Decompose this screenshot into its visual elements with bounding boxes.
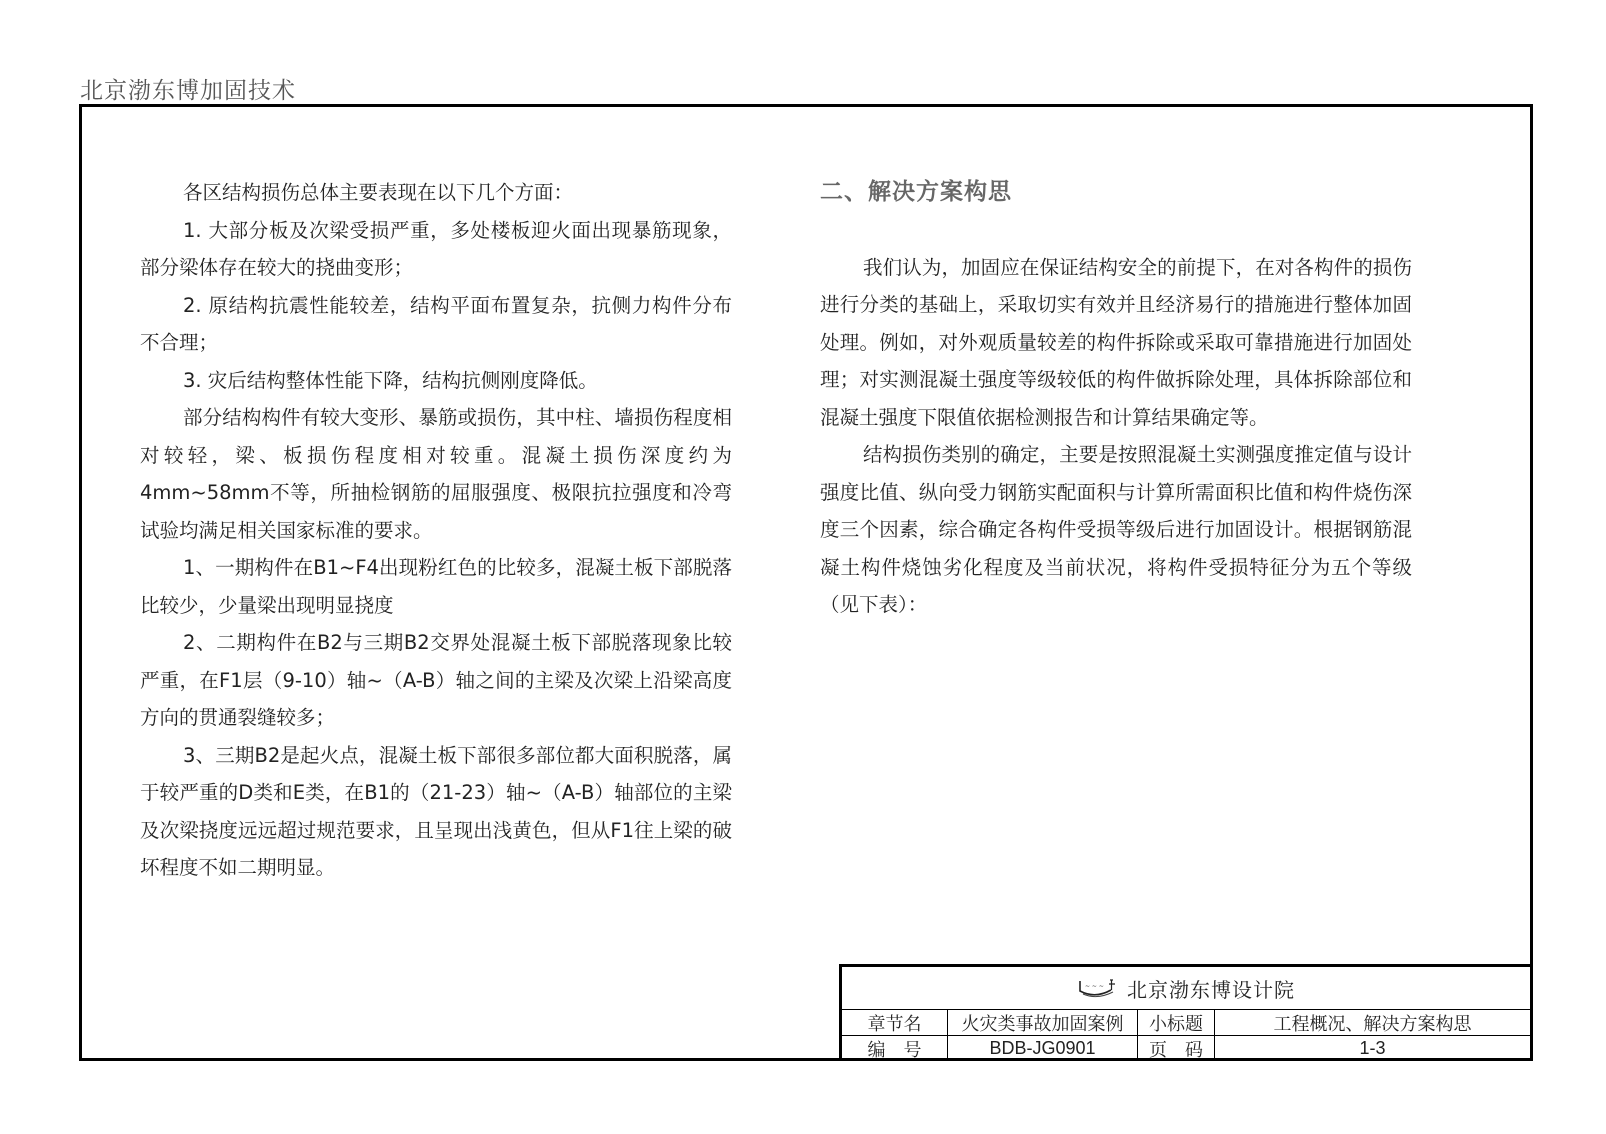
chapter-label: 章节名 [842, 1010, 948, 1035]
organization-name: 北京渤东博设计院 [1127, 974, 1295, 1003]
right-column: 二、解决方案构思 我们认为，加固应在保证结构安全的前提下，在对各构件的损伤进行分… [820, 174, 1412, 624]
paragraph: 3、三期B2是起火点，混凝土板下部很多部位都大面积脱落，属于较严重的D类和E类，… [140, 737, 732, 887]
title-block-header: ~ ~ ~ 北京渤东博设计院 [842, 967, 1530, 1010]
institute-logo-icon: ~ ~ ~ [1077, 977, 1119, 999]
paragraph: 我们认为，加固应在保证结构安全的前提下，在对各构件的损伤进行分类的基础上，采取切… [820, 249, 1412, 437]
title-block-row: 章节名 火灾类事故加固案例 小标题 工程概况、解决方案构思 [842, 1010, 1530, 1036]
subtitle-label: 小标题 [1138, 1010, 1215, 1035]
paragraph: 2、二期构件在B2与三期B2交界处混凝土板下部脱落现象比较严重，在F1层（9-1… [140, 624, 732, 737]
title-block-row: 编 号 BDB-JG0901 页 码 1-3 [842, 1036, 1530, 1061]
paragraph: 结构损伤类别的确定，主要是按照混凝土实测强度推定值与设计强度比值、纵向受力钢筋实… [820, 436, 1412, 624]
paragraph: 2. 原结构抗震性能较差，结构平面布置复杂，抗侧力构件分布不合理； [140, 287, 732, 362]
paragraph: 部分结构构件有较大变形、暴筋或损伤，其中柱、墙损伤程度相对较轻，梁、板损伤程度相… [140, 399, 732, 549]
subtitle-value: 工程概况、解决方案构思 [1215, 1010, 1530, 1035]
drawing-frame: 各区结构损伤总体主要表现在以下几个方面： 1. 大部分板及次梁受损严重，多处楼板… [79, 104, 1533, 1061]
section-title: 二、解决方案构思 [820, 174, 1412, 212]
left-column: 各区结构损伤总体主要表现在以下几个方面： 1. 大部分板及次梁受损严重，多处楼板… [140, 174, 732, 887]
paragraph: 各区结构损伤总体主要表现在以下几个方面： [140, 174, 732, 212]
code-label: 编 号 [842, 1036, 948, 1061]
code-value: BDB-JG0901 [948, 1036, 1138, 1061]
paragraph: 1、一期构件在B1~F4出现粉红色的比较多，混凝土板下部脱落比较少，少量梁出现明… [140, 549, 732, 624]
paragraph: 3. 灾后结构整体性能下降，结构抗侧刚度降低。 [140, 362, 732, 400]
chapter-value: 火灾类事故加固案例 [948, 1010, 1138, 1035]
paragraph: 1. 大部分板及次梁受损严重，多处楼板迎火面出现暴筋现象，部分梁体存在较大的挠曲… [140, 212, 732, 287]
page-label: 页 码 [1138, 1036, 1215, 1061]
page-value: 1-3 [1215, 1036, 1530, 1061]
svg-text:~ ~ ~: ~ ~ ~ [1085, 983, 1104, 990]
title-block: ~ ~ ~ 北京渤东博设计院 章节名 火灾类事故加固案例 小标题 工程概况、解决… [839, 964, 1530, 1058]
brand-header: 北京渤东博加固技术 [80, 77, 296, 105]
